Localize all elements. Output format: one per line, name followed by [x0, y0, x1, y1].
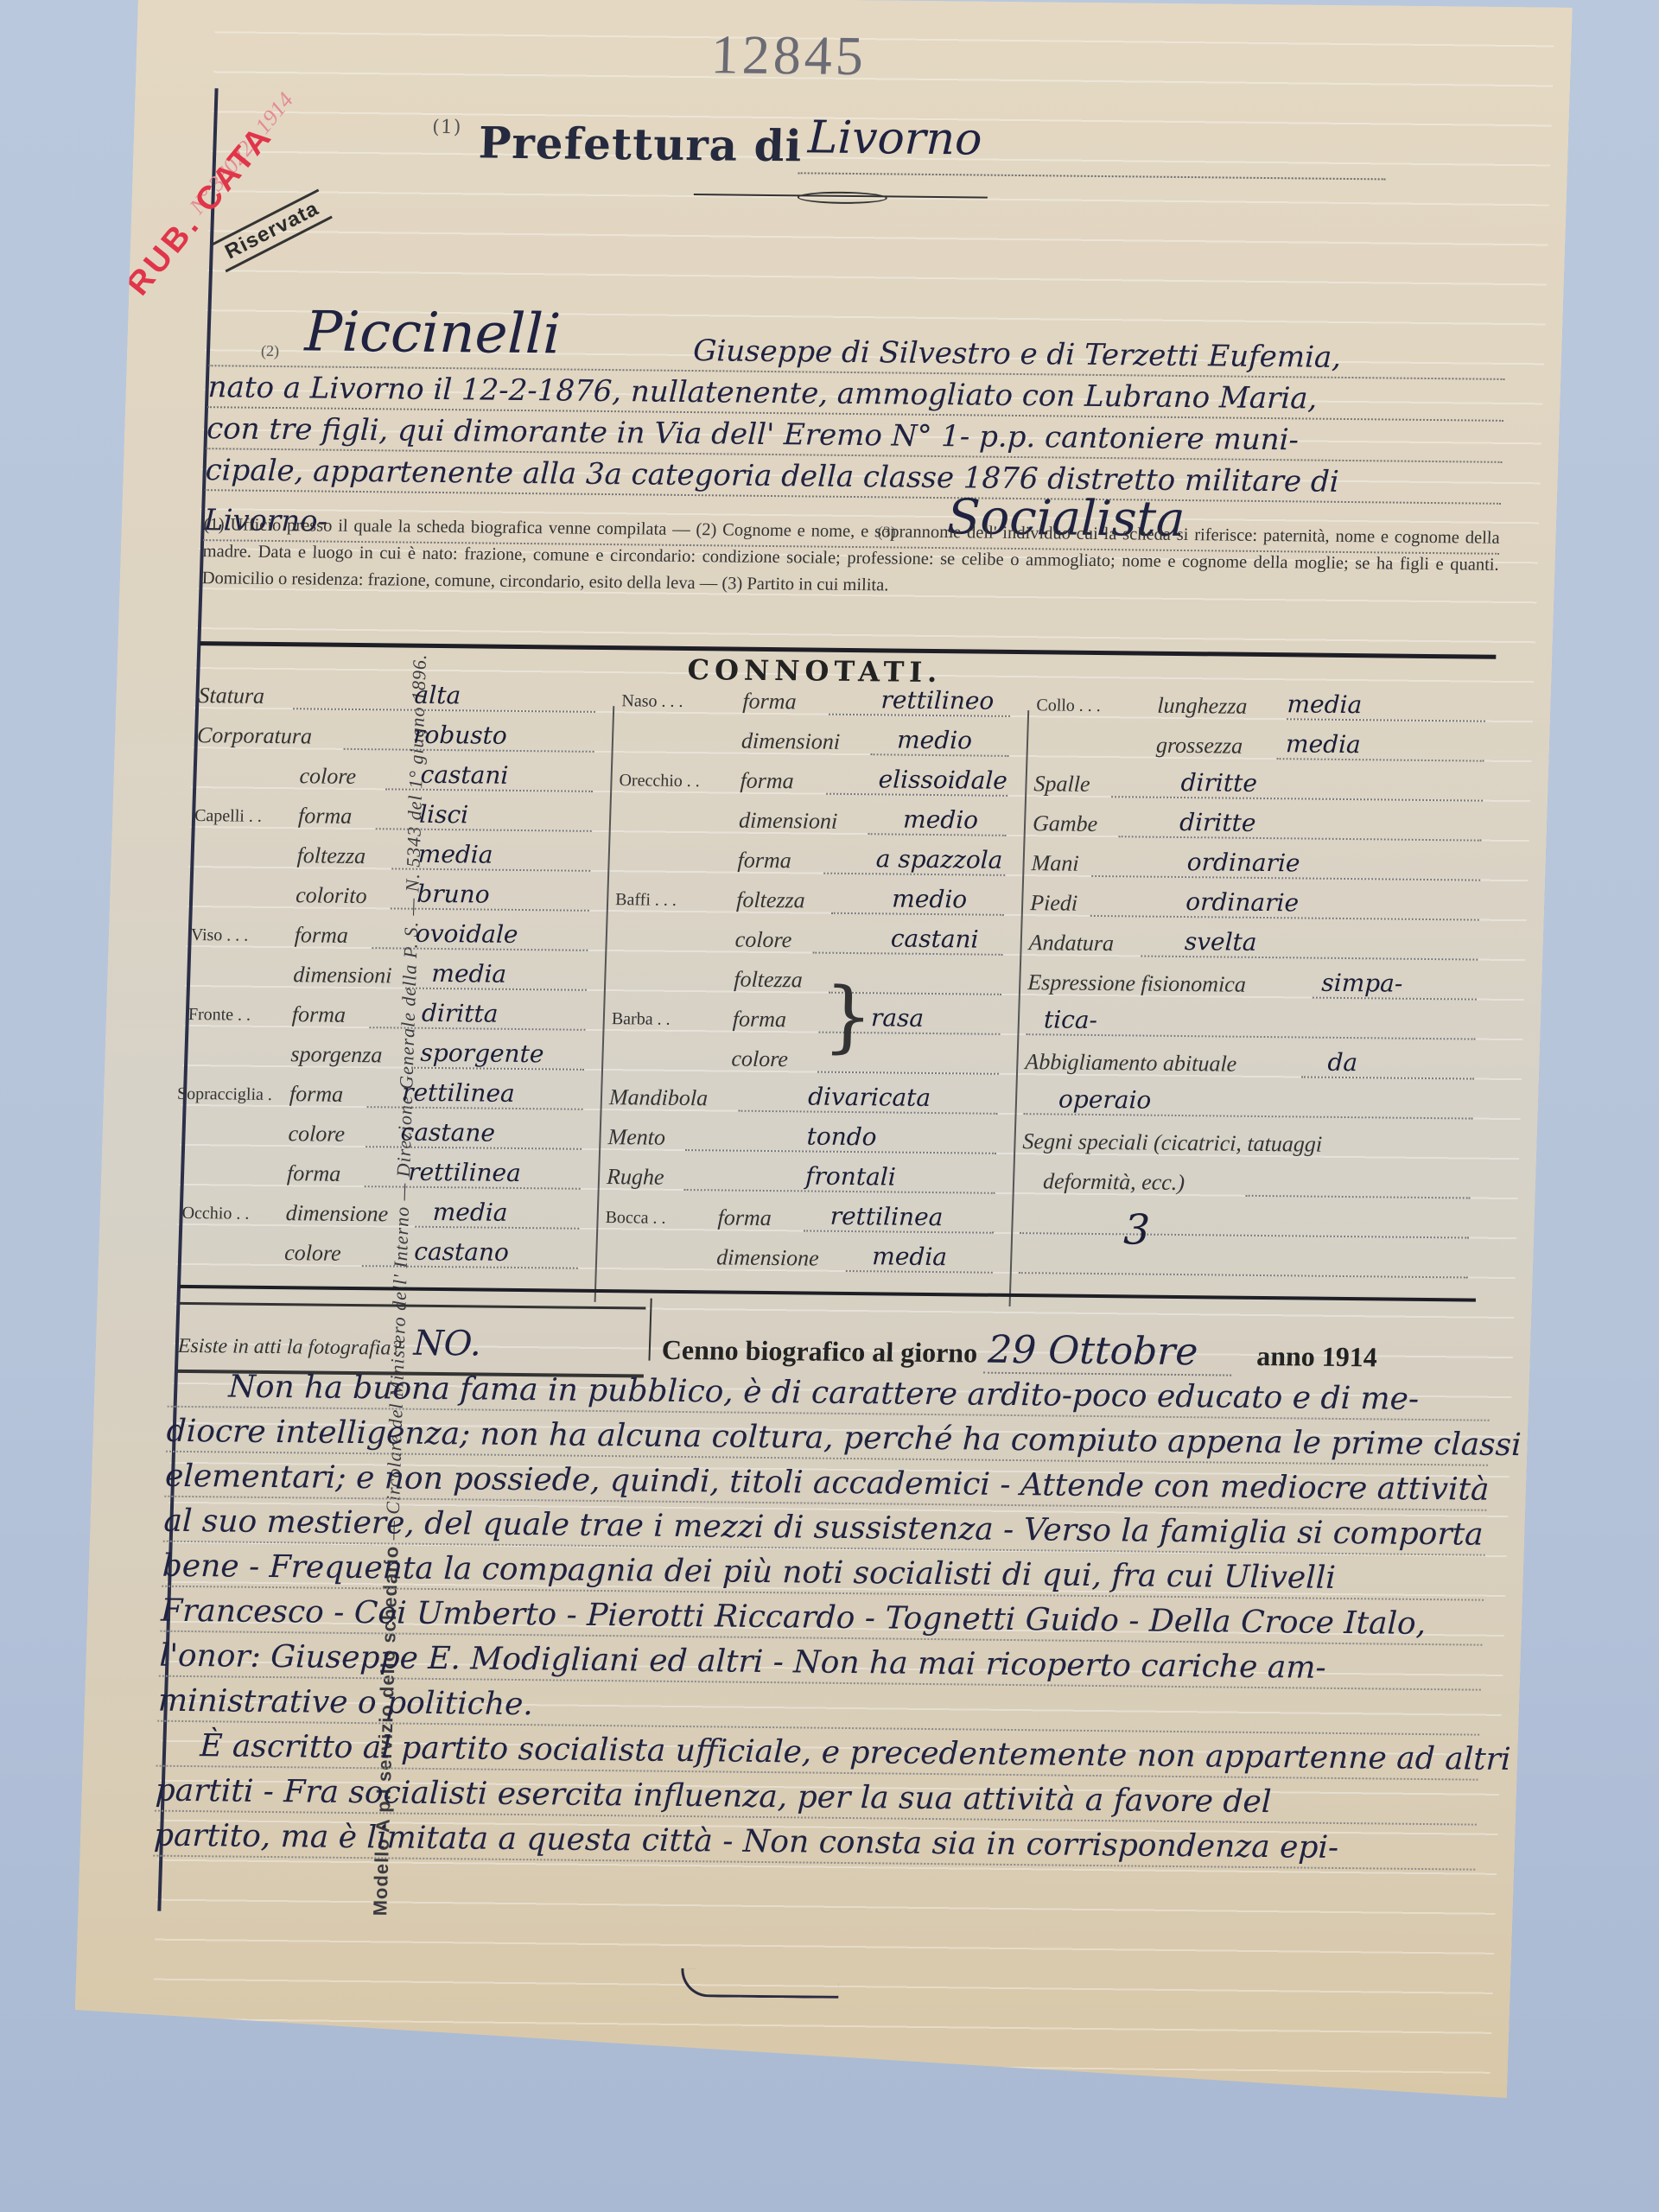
feature-row: Staturaalta: [198, 676, 605, 720]
feature-value: ordinarie: [1186, 848, 1300, 877]
biography-year: 1914: [1321, 1341, 1377, 1373]
office-heading: (1)Prefettura di: [431, 117, 804, 171]
feature-row: Mentotondo: [607, 1117, 1006, 1161]
feature-row: 3: [1020, 1201, 1478, 1246]
feature-value: simpa-: [1321, 969, 1403, 998]
feature-label: forma: [289, 1081, 344, 1108]
form-legend: (1) Ufficio presso il quale la scheda bi…: [201, 512, 1500, 606]
dotted-line: [1141, 956, 1478, 961]
feature-row: Fronte . .formadiritta: [188, 994, 594, 1038]
dotted-line: [1024, 1113, 1473, 1119]
feature-label: Spalle: [1033, 771, 1090, 798]
feature-label: Abbigliamento abituale: [1025, 1049, 1237, 1077]
dotted-line: [1301, 1076, 1474, 1079]
feature-label: dimensioni: [741, 728, 841, 755]
feature-row: Bocca . .formarettilinea: [605, 1197, 1003, 1241]
feature-label: Espressione fisionomica: [1027, 969, 1246, 998]
feature-group-label: Collo . . .: [1036, 696, 1101, 716]
feature-value: rettilinea: [402, 1078, 516, 1108]
feature-label: forma: [740, 768, 794, 795]
dotted-line: [1020, 1232, 1469, 1238]
feature-value: a spazzola: [875, 844, 1003, 874]
feature-label: grossezza: [1156, 733, 1243, 760]
dotted-line: [1111, 796, 1483, 802]
feature-row: Orecchio . .formaelissoidale: [619, 760, 1017, 804]
feature-group-label: Naso . . .: [621, 691, 683, 712]
feature-value: diritta: [422, 999, 499, 1028]
feature-row: dimensionimedio: [620, 720, 1018, 764]
feature-row: Abbigliamento abitualeda: [1025, 1042, 1484, 1087]
feature-value: ordinarie: [1185, 887, 1300, 917]
feature-row: Mandiboladivaricata: [608, 1077, 1007, 1122]
feature-group-label: Orecchio . .: [619, 771, 700, 791]
feature-group-label: Barba . .: [612, 1009, 671, 1030]
feature-label: dimensione: [285, 1200, 388, 1227]
feature-value: media: [432, 1198, 508, 1227]
biography-date-label: Cenno biografico al giorno: [661, 1334, 977, 1369]
feature-row: Baffi . . .foltezzamedio: [615, 879, 1014, 923]
feature-label: colorito: [296, 882, 367, 909]
feature-value: ovoidale: [415, 919, 518, 949]
feature-value: frontali: [805, 1161, 897, 1191]
photo-answer: NO.: [413, 1324, 482, 1364]
dotted-line: [1277, 758, 1484, 762]
city-underline: [798, 172, 1386, 180]
rubricata-stamp: RUB. CATA: [120, 118, 281, 303]
biography-line-text: partito, ma è limitata a questa città - …: [153, 1818, 1338, 1866]
feature-value: lisci: [419, 800, 469, 829]
feature-label: dimensioni: [293, 962, 392, 988]
feature-value: media: [1287, 690, 1363, 719]
document-number: 12845: [710, 22, 868, 88]
feature-value: rettilineo: [880, 685, 995, 715]
feature-row: Andaturasvelta: [1028, 923, 1487, 968]
photo-divider: [648, 1299, 652, 1361]
office-label: Prefettura di: [478, 117, 804, 171]
feature-value: diritte: [1180, 768, 1257, 798]
dotted-line: [1287, 718, 1485, 721]
feature-label: dimensione: [716, 1244, 819, 1271]
feature-value: castani: [890, 924, 979, 953]
feature-row: Segni speciali (cicatrici, tatuaggi: [1022, 1122, 1481, 1166]
feature-value: robusto: [413, 721, 508, 750]
feature-label: Rughe: [607, 1164, 664, 1191]
feature-row: [1018, 1241, 1477, 1286]
feature-value: castane: [400, 1118, 495, 1147]
feature-label: colore: [288, 1121, 345, 1147]
feature-row: Viso . . .formaovoidale: [190, 914, 597, 958]
feature-row: formaa spazzola: [616, 839, 1014, 883]
feature-row: dimensionimedio: [617, 799, 1015, 843]
feature-row: Rughefrontali: [606, 1157, 1004, 1201]
feature-value: medio: [897, 726, 973, 755]
photo-label: Esiste in atti la fotografia?: [177, 1335, 401, 1360]
feature-label: forma: [732, 1007, 786, 1033]
feature-row: grossezzamedia: [1034, 724, 1493, 769]
feature-label: forma: [291, 1001, 346, 1028]
feature-label: Mani: [1031, 850, 1079, 877]
feature-label: Andatura: [1028, 930, 1114, 957]
feature-value: sporgente: [420, 1039, 544, 1068]
dotted-line: [1019, 1272, 1468, 1278]
feature-row: deformità, ecc.): [1020, 1161, 1479, 1206]
closing-flourish-mark: [680, 1968, 839, 1999]
feature-label: lunghezza: [1157, 693, 1248, 720]
office-city: Livorno: [807, 111, 982, 165]
feature-value: divaricata: [808, 1082, 931, 1111]
feature-value: da: [1327, 1048, 1358, 1077]
feature-row: tica-: [1026, 1002, 1484, 1047]
feature-row: Occhio . .dimensionemedia: [181, 1192, 588, 1236]
feature-row: Naso . . .formarettilineo: [621, 680, 1020, 724]
subject-line-text: Giuseppe di Silvestro e di Terzetti Eufe…: [693, 334, 1342, 375]
feature-label: foltezza: [296, 842, 365, 869]
feature-group-label: Viso . . .: [190, 925, 248, 946]
feature-label: forma: [287, 1160, 341, 1187]
feature-label: deformità, ecc.): [1043, 1168, 1185, 1196]
feature-label: Corporatura: [197, 722, 313, 749]
footnote-marker-2: (2): [261, 342, 280, 360]
feature-value: tica-: [1043, 1005, 1097, 1034]
feature-value: medio: [903, 805, 979, 835]
dotted-line: [1119, 836, 1482, 841]
feature-label: Mento: [607, 1124, 665, 1151]
feature-label: colore: [731, 1046, 788, 1073]
connotati-column-1: Staturaalta Corporaturarobusto colorecas…: [181, 676, 606, 1276]
feature-label: colore: [284, 1240, 341, 1267]
feature-row: foltezzamedia: [193, 835, 600, 879]
feature-value: media: [417, 840, 493, 869]
feature-row: dimensionemedia: [604, 1236, 1002, 1281]
feature-label: Segni speciali (cicatrici, tatuaggi: [1022, 1128, 1323, 1158]
feature-row: colorecastani: [195, 755, 602, 799]
feature-label: Piedi: [1030, 890, 1078, 917]
feature-label: colore: [734, 927, 791, 954]
feature-label: Mandibola: [609, 1084, 709, 1111]
biography-day: 29 Ottobre: [983, 1328, 1233, 1376]
feature-label: foltezza: [736, 887, 805, 914]
feature-label: Statura: [198, 683, 265, 709]
feature-value: rettilinea: [408, 1158, 522, 1187]
feature-value: media: [1286, 729, 1362, 759]
feature-row: formarettilinea: [182, 1153, 589, 1197]
feature-label: forma: [298, 803, 353, 829]
feature-label: forma: [742, 689, 797, 715]
subject-line-1: (2) Piccinelli Giuseppe di Silvestro e d…: [208, 287, 1507, 380]
feature-value: rettilinea: [829, 1202, 944, 1231]
feature-value: diritte: [1179, 808, 1256, 837]
feature-row: Corporaturarobusto: [196, 715, 603, 760]
feature-row: dimensionimedia: [189, 954, 596, 998]
dotted-line: [1246, 1195, 1471, 1199]
dotted-line: [391, 907, 589, 911]
feature-value: operaio: [1058, 1085, 1152, 1115]
dotted-line: [376, 828, 592, 832]
feature-row: colorecastane: [184, 1113, 591, 1157]
feature-label: forma: [294, 922, 348, 949]
feature-row: colore: [610, 1038, 1008, 1082]
feature-value: elissoidale: [878, 765, 1007, 795]
biography-text: Non ha buona fama in pubblico, è di cara…: [153, 1363, 1491, 1871]
subject-surname: Piccinelli: [304, 300, 562, 366]
feature-value: bruno: [416, 880, 490, 909]
feature-row: Espressione fisionomicasimpa-: [1027, 963, 1486, 1007]
biography-line-text: ministrative o politiche.: [157, 1683, 533, 1723]
feature-value: castani: [420, 760, 509, 790]
feature-label: forma: [717, 1205, 772, 1231]
feature-value: rasa: [870, 1003, 924, 1033]
feature-row: sporgenzasporgente: [187, 1033, 594, 1077]
feature-row: Capelli . .formalisci: [194, 795, 601, 839]
feature-label: forma: [737, 848, 791, 874]
ornament-divider: [694, 190, 988, 202]
feature-value: media: [431, 959, 507, 988]
feature-label: foltezza: [734, 967, 803, 994]
feature-row: Gambediritte: [1032, 804, 1491, 849]
feature-value: svelta: [1184, 927, 1257, 957]
biography-year-label: anno: [1256, 1340, 1316, 1372]
footnote-marker-1: (1): [432, 117, 462, 138]
feature-row: Barba . .forma}rasa: [611, 998, 1009, 1042]
feature-value: alta: [414, 681, 461, 710]
feature-label: colore: [299, 763, 356, 790]
feature-row: Maniordinarie: [1031, 843, 1490, 888]
dotted-line: [817, 1071, 999, 1075]
feature-group-label: Capelli . .: [194, 806, 262, 827]
feature-value: medio: [892, 885, 968, 914]
section-rule: [180, 1285, 1476, 1302]
feature-row: Collo . . .lunghezzamedia: [1036, 684, 1495, 729]
feature-value: tondo: [806, 1122, 877, 1151]
feature-row: colorecastano: [181, 1232, 588, 1276]
feature-row: Spallediritte: [1033, 764, 1492, 809]
feature-group-label: Baffi . . .: [615, 890, 677, 911]
feature-value: media: [872, 1242, 948, 1271]
feature-label: sporgenza: [290, 1041, 383, 1068]
feature-row: operaio: [1023, 1082, 1482, 1127]
feature-row: foltezza: [613, 958, 1011, 1002]
feature-row: colorecastani: [613, 918, 1012, 963]
feature-group-label: Occhio . .: [181, 1204, 249, 1224]
feature-row: coloritobruno: [192, 874, 599, 918]
photo-question: Esiste in atti la fotografia? NO.: [177, 1302, 645, 1366]
feature-row: Piediordinarie: [1029, 883, 1488, 928]
feature-group-label: Sopracciglia .: [177, 1084, 273, 1105]
feature-group-label: Bocca . .: [605, 1208, 666, 1229]
document-sheet: Modello A p.l servizio dello schedario —…: [73, 0, 1573, 2098]
feature-label: Gambe: [1033, 810, 1098, 837]
dotted-line: [1026, 1033, 1475, 1039]
feature-row: Sopracciglia .formarettilinea: [185, 1073, 592, 1117]
feature-label: dimensioni: [739, 808, 838, 835]
connotati-column-3: Collo . . .lunghezzamedia grossezzamedia…: [1018, 684, 1495, 1285]
feature-group-label: Fronte . .: [188, 1005, 251, 1026]
connotati-column-2: Naso . . .formarettilineo dimensionimedi…: [604, 680, 1020, 1281]
feature-value: castano: [414, 1237, 510, 1267]
